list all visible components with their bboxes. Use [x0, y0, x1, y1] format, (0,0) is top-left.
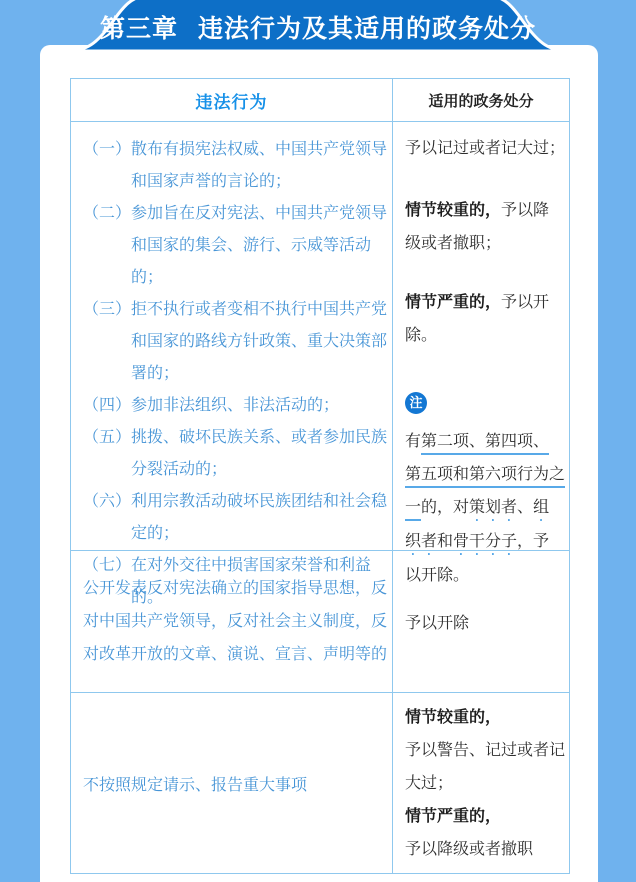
- item-text: 参加非法组织、非法活动的；: [131, 390, 388, 422]
- item-text: 散布有损宪法权威、中国共产党领导和国家声誉的言论的；: [131, 134, 388, 198]
- severity-lead: 情节严重的，: [405, 294, 501, 311]
- sanction-detail: 予以警告、记过或者记大过；: [405, 734, 565, 800]
- table-header-row: 违法行为 适用的政务处分: [71, 79, 569, 121]
- page-background: { "banner": { "chapter": "第三章", "title":…: [0, 0, 636, 882]
- item-number: （五）: [83, 422, 131, 486]
- item-text: 拒不执行或者变相不执行中国共产党和国家的路线方针政策、重大决策部署的；: [131, 294, 388, 390]
- chapter-number: 第三章: [100, 9, 178, 45]
- violations-cell: （一） 散布有损宪法权威、中国共产党领导和国家声誉的言论的； （二） 参加旨在反…: [71, 122, 392, 614]
- item-text: 利用宗教活动破坏民族团结和社会稳定的；: [131, 486, 388, 550]
- sanctions-cell: 情节较重的， 予以警告、记过或者记大过； 情节严重的， 予以降级或者撤职: [392, 693, 569, 873]
- chapter-title: 第三章 违法行为及其适用的政务处分: [67, 0, 569, 48]
- note-emphasized-segment: 骨干分子: [453, 533, 517, 550]
- table-row: （一） 散布有损宪法权威、中国共产党领导和国家声誉的言论的； （二） 参加旨在反…: [71, 121, 569, 550]
- sanction-text: 情节较重的，予以降级或者撤职；: [405, 194, 565, 260]
- column-header-violations: 违法行为: [71, 79, 392, 121]
- column-header-sanctions: 适用的政务处分: [392, 79, 569, 121]
- severity-lead: 情节较重的，: [405, 202, 501, 219]
- violation-item: （一） 散布有损宪法权威、中国共产党领导和国家声誉的言论的；: [83, 134, 388, 198]
- table-row: 公开发表反对宪法确立的国家指导思想，反对中国共产党领导，反对社会主义制度，反对改…: [71, 550, 569, 692]
- item-number: （二）: [83, 198, 131, 294]
- note-segment: 的，对: [421, 499, 469, 516]
- violation-text: 不按照规定请示、报告重大事项: [83, 772, 307, 795]
- item-number: （一）: [83, 134, 131, 198]
- document-card: 违法行为 适用的政务处分 （一） 散布有损宪法权威、中国共产党领导和国家声誉的言…: [40, 45, 598, 882]
- note-segment: 和: [437, 533, 453, 550]
- severity-lead: 情节严重的，: [405, 800, 565, 833]
- sanctions-table: 违法行为 适用的政务处分 （一） 散布有损宪法权威、中国共产党领导和国家声誉的言…: [70, 78, 570, 874]
- item-text: 挑拨、破坏民族关系、或者参加民族分裂活动的；: [131, 422, 388, 486]
- note-segment: 、: [517, 499, 533, 516]
- chapter-name: 违法行为及其适用的政务处分: [198, 9, 536, 45]
- table-row: 不按照规定请示、报告重大事项 情节较重的， 予以警告、记过或者记大过； 情节严重…: [71, 692, 569, 873]
- violation-item: （六） 利用宗教活动破坏民族团结和社会稳定的；: [83, 486, 388, 550]
- item-number: （六）: [83, 486, 131, 550]
- sanctions-cell: 予以开除: [392, 551, 569, 692]
- sanction-detail: 予以降级或者撤职: [405, 833, 565, 866]
- violation-item: （五） 挑拨、破坏民族关系、或者参加民族分裂活动的；: [83, 422, 388, 486]
- sanctions-cell: 予以记过或者记大过； 情节较重的，予以降级或者撤职； 情节严重的，予以开除。 注…: [392, 122, 569, 614]
- violation-item: （二） 参加旨在反对宪法、中国共产党领导和国家的集会、游行、示威等活动的；: [83, 198, 388, 294]
- note-badge-icon: 注: [405, 392, 427, 414]
- violation-text: 公开发表反对宪法确立的国家指导思想，反对中国共产党领导，反对社会主义制度，反对改…: [83, 572, 390, 671]
- sanction-text: 予以开除: [405, 610, 469, 633]
- violations-cell: 公开发表反对宪法确立的国家指导思想，反对中国共产党领导，反对社会主义制度，反对改…: [71, 551, 392, 692]
- note-segment: 有: [405, 433, 421, 450]
- item-text: 参加旨在反对宪法、中国共产党领导和国家的集会、游行、示威等活动的；: [131, 198, 388, 294]
- item-number: （三）: [83, 294, 131, 390]
- chapter-banner: 第三章 违法行为及其适用的政务处分: [67, 0, 569, 48]
- item-number: （四）: [83, 390, 131, 422]
- sanction-text: 予以记过或者记大过；: [405, 132, 565, 165]
- violations-cell: 不按照规定请示、报告重大事项: [71, 693, 392, 873]
- sanction-text: 情节严重的，予以开除。: [405, 286, 565, 352]
- note-emphasized-segment: 策划者: [469, 499, 517, 516]
- violation-item: （四） 参加非法组织、非法活动的；: [83, 390, 388, 422]
- severity-lead: 情节较重的，: [405, 701, 565, 734]
- violation-item: （三） 拒不执行或者变相不执行中国共产党和国家的路线方针政策、重大决策部署的；: [83, 294, 388, 390]
